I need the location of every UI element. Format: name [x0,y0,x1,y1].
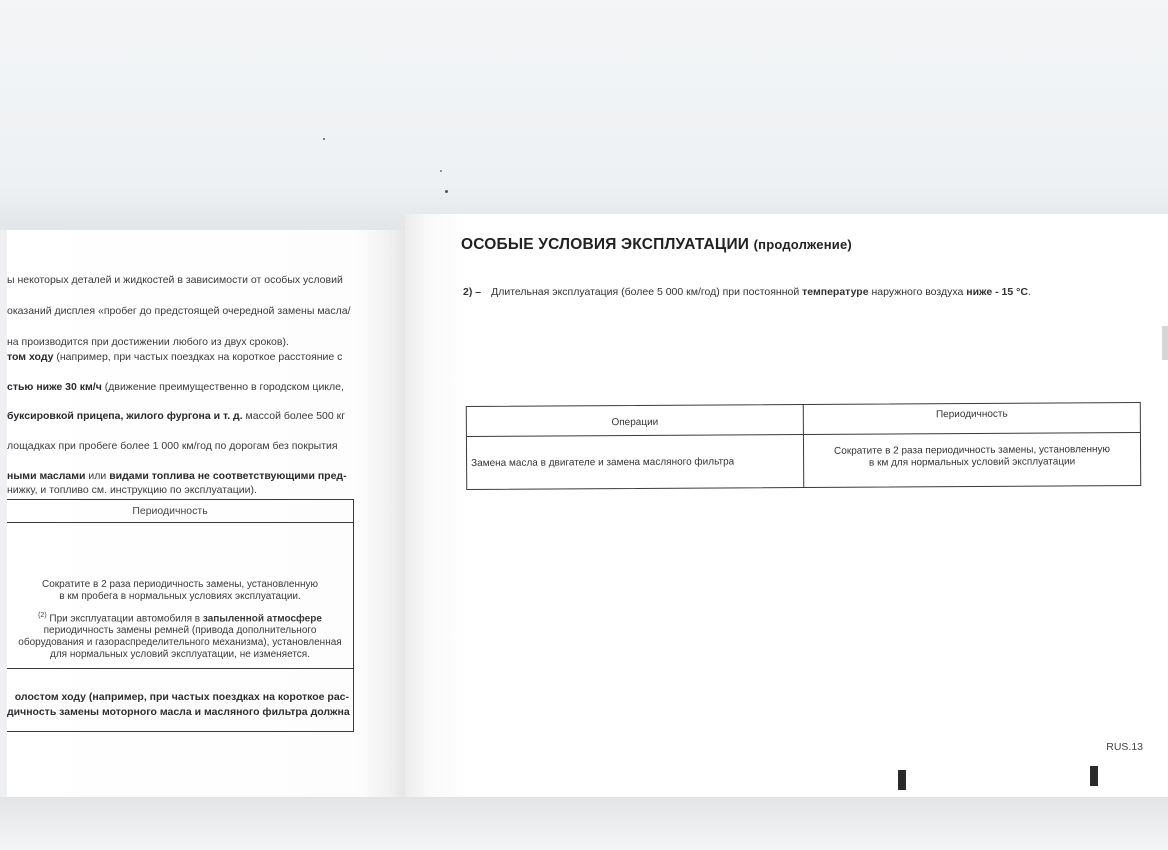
footer-line: олостом ходу (например, при частых поезд… [7,690,349,705]
footnote-line: периодичность замены ремней (привода доп… [7,625,353,637]
left-text-line: лощадках при пробеге более 1 000 км/год … [7,440,338,452]
footnote: (2) При эксплуатации автомобиля в запыле… [7,610,353,661]
table-header-operations: Операции [467,405,804,437]
footnote-bold-text: запыленной атмосфере [203,613,322,624]
operations-table: Операции Периодичность Замена масла в дв… [466,402,1142,490]
page-title: ОСОБЫЕ УСЛОВИЯ ЭКСПЛУАТАЦИИ (продолжение… [461,236,852,254]
footer-line: дичность замены моторного масла и маслян… [7,705,349,720]
item-text: Длительная эксплуатация (более 5 000 км/… [491,286,802,298]
table-cell-periodicity: Сократите в 2 раза периодичность замены,… [7,524,353,669]
footnote-marker: (2) [38,612,47,619]
footnote-text: При эксплуатации автомобиля в [47,613,203,624]
scanner-background-top [0,0,1168,230]
periodicity-text-line: в км пробега в нормальных условиях экспл… [7,591,353,603]
title-suffix: (продолжение) [754,237,852,252]
condition-item-2: 2) –Длительная эксплуатация (более 5 000… [463,286,1031,298]
item-bold-text: температуре [802,286,868,298]
side-thumb-tab [1162,326,1168,360]
periodicity-line: в км для нормальных условий эксплуатации [834,456,1110,470]
section-tab-mark [898,770,906,790]
scanner-background-bottom [0,797,1168,850]
item-bold-text: ниже - 15 °C [966,286,1028,298]
left-text-line: ными маслами или видами топлива не соотв… [7,470,347,482]
table-cell-operation: Замена масла в двигателе и замена маслян… [467,435,804,489]
table-header-periodicity: Периодичность [7,500,353,523]
section-tab-mark [1090,766,1098,786]
page-number: RUS.13 [1106,741,1143,753]
table-cell-periodicity: Сократите в 2 раза периодичность замены,… [804,433,1140,487]
left-text-line: на производится при достижении любого из… [7,336,289,348]
left-text-line: ы некоторых деталей и жидкостей в зависи… [7,274,343,286]
left-page: ы некоторых деталей и жидкостей в зависи… [7,230,405,802]
dust-speck [323,138,325,140]
left-text-line: том ходу (например, при частых поездках … [7,351,342,363]
right-page: ОСОБЫЕ УСЛОВИЯ ЭКСПЛУАТАЦИИ (продолжение… [405,214,1168,797]
footnote-line: оборудования и газораспределительного ме… [7,637,353,649]
dust-speck [445,190,448,193]
footnote-line: для нормальных условий эксплуатации, не … [7,649,353,661]
dust-speck [440,170,442,172]
item-number: 2) – [463,286,481,298]
periodicity-text-line: Сократите в 2 раза периодичность замены,… [7,579,353,591]
left-text-line: оказаний дисплея «пробег до предстоящей … [7,305,351,317]
table-footer-note: олостом ходу (например, при частых поезд… [7,690,349,720]
item-text: наружного воздуха [869,286,967,298]
item-text: . [1028,286,1031,298]
left-text-line: буксировкой прицепа, жилого фургона и т.… [7,410,345,422]
table-header-periodicity: Периодичность [804,403,1140,435]
left-text-line: стью ниже 30 км/ч (движение преимуществе… [7,381,344,393]
left-text-line: нижку, и топливо см. инструкцию по экспл… [7,484,257,496]
left-periodicity-table: Периодичность Сократите в 2 раза периоди… [7,499,354,732]
title-text: ОСОБЫЕ УСЛОВИЯ ЭКСПЛУАТАЦИИ [461,236,749,253]
